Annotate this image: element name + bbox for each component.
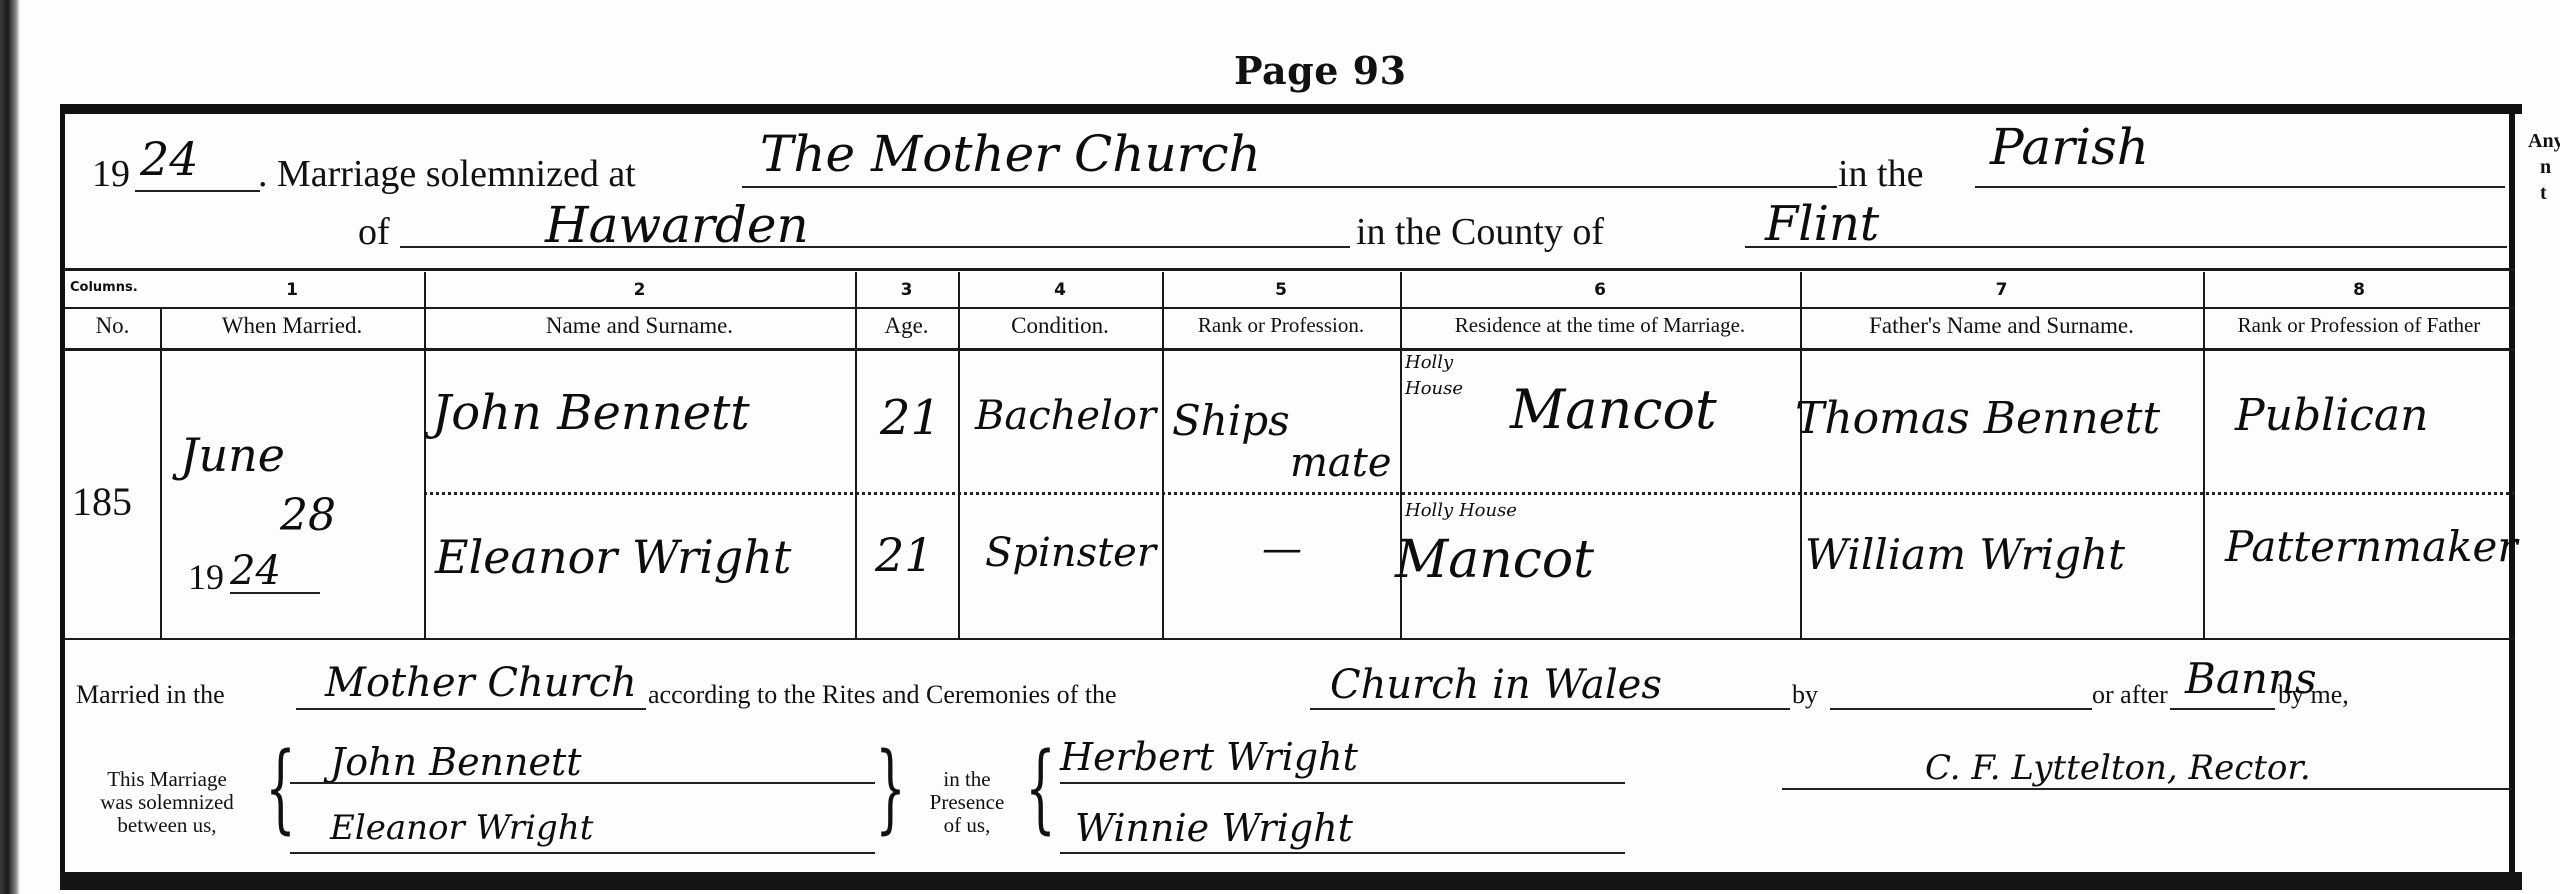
groom-residence: Mancot [1510, 378, 1717, 441]
witness-line [1060, 782, 1625, 784]
page-binding-edge [0, 0, 20, 894]
year-prefix: 19 [92, 152, 130, 196]
county-value: Flint [1765, 196, 1879, 252]
frame-top-rule [60, 104, 2522, 114]
groom-father-name: Thomas Bennett [1795, 393, 2160, 444]
header-age: Age. [855, 313, 958, 339]
of-label: of [358, 210, 390, 254]
witness-signature: Herbert Wright [1060, 735, 1358, 779]
groom-rank-line2: mate [1290, 440, 1392, 486]
or-after-label: or after [2092, 680, 2168, 710]
or-after-underline [2170, 708, 2275, 710]
left-brace-icon: { [1025, 740, 1056, 836]
column-number: 5 [1162, 280, 1400, 300]
margin-note-line: Any [2528, 128, 2560, 154]
rites-value: Church in Wales [1330, 662, 1662, 708]
header-condition: Condition. [958, 313, 1162, 339]
married-month: June [180, 428, 285, 482]
groom-age: 21 [880, 390, 941, 446]
county-underline [1745, 246, 2507, 248]
page-number: Page 93 [1234, 48, 1407, 93]
solemnized-label: . Marriage solemnized at [258, 152, 636, 196]
table-top-rule [65, 268, 2515, 271]
entry-divider [424, 492, 2515, 495]
header-name: Name and Surname. [424, 313, 855, 339]
bride-name: Eleanor Wright [435, 530, 791, 584]
bride-residence-house: Holly House [1405, 500, 1517, 521]
bride-age: 21 [875, 528, 934, 582]
header-when-married: When Married. [160, 313, 424, 339]
party-signature-bride: Eleanor Wright [330, 808, 593, 848]
by-label: by [1792, 680, 1818, 710]
bride-rank: — [1262, 526, 1302, 572]
groom-father-rank: Publican [2235, 390, 2428, 441]
rites-underline [1310, 708, 1790, 710]
place-value: The Mother Church [760, 125, 1261, 183]
column-number: 2 [424, 280, 855, 300]
place-underline [742, 186, 1837, 188]
district-type-underline [1975, 186, 2505, 188]
label-line: of us, [912, 814, 1022, 837]
groom-name: John Bennett [432, 385, 750, 441]
rites-label: according to the Rites and Ceremonies of… [648, 680, 1117, 710]
label-line: between us, [72, 814, 262, 837]
column-number: 7 [1800, 280, 2203, 300]
by-me-label: by me, [2278, 680, 2349, 710]
columns-label: Columns. [70, 280, 138, 295]
groom-rank-line1: Ships [1172, 396, 1290, 445]
married-in-label: Married in the [76, 680, 225, 710]
party-line [290, 782, 875, 784]
entry-number: 185 [72, 478, 132, 525]
married-day: 28 [280, 490, 336, 541]
column-number: 6 [1400, 280, 1800, 300]
column-number-rule [65, 307, 2515, 309]
header-father-name: Father's Name and Surname. [1800, 313, 2203, 339]
married-in-underline [296, 708, 646, 710]
margin-note: Any n t [2528, 128, 2560, 206]
header-father-rank: Rank or Profession of Father [2203, 313, 2515, 338]
bride-father-rank: Patternmaker [2225, 522, 2517, 571]
groom-residence-house-line2: House [1405, 378, 1463, 399]
bride-condition: Spinster [985, 530, 1156, 576]
frame-bottom-rule [60, 872, 2522, 890]
married-year-underline [230, 592, 320, 594]
label-line: in the [912, 768, 1022, 791]
margin-note-line: t [2528, 180, 2560, 206]
left-brace-icon: { [265, 740, 296, 836]
in-the-label: in the [1838, 152, 1923, 196]
margin-note-line: n [2528, 154, 2560, 180]
officiant-line [1782, 788, 2512, 790]
header-no: No. [65, 313, 160, 339]
header-rank: Rank or Profession. [1162, 313, 1400, 338]
bride-residence: Mancot [1395, 530, 1594, 590]
year-underline [135, 190, 260, 192]
officiant-signature: C. F. Lyttelton, Rector. [1925, 748, 2311, 788]
header-residence: Residence at the time of Marriage. [1400, 313, 1800, 338]
column-number: 4 [958, 280, 1162, 300]
groom-condition: Bachelor [975, 393, 1156, 439]
year-suffix: 24 [140, 132, 199, 186]
column-number: 8 [2203, 280, 2515, 300]
presence-label: in the Presence of us, [912, 768, 1022, 837]
witness-signature: Winnie Wright [1075, 806, 1353, 850]
label-line: was solemnized [72, 791, 262, 814]
parish-underline [400, 246, 1350, 248]
label-line: This Marriage [72, 768, 262, 791]
married-year-suffix: 24 [230, 548, 281, 594]
party-line [290, 852, 875, 854]
party-signature-groom: John Bennett [330, 740, 582, 784]
married-year-prefix: 19 [188, 556, 224, 598]
witness-line [1060, 852, 1625, 854]
header-bottom-rule [65, 348, 2515, 351]
col-divider [160, 307, 162, 638]
label-line: Presence [912, 791, 1022, 814]
column-number: 3 [855, 280, 958, 300]
table-bottom-rule [65, 638, 2515, 640]
county-label: in the County of [1356, 210, 1604, 254]
by-underline [1830, 708, 2092, 710]
column-number: 1 [160, 280, 424, 300]
solemnized-between-label: This Marriage was solemnized between us, [72, 768, 262, 837]
bride-father-name: William Wright [1805, 530, 2125, 579]
married-in-value: Mother Church [325, 660, 637, 706]
groom-residence-house-line1: Holly [1405, 352, 1453, 373]
right-brace-icon: } [875, 740, 906, 836]
district-type-value: Parish [1990, 118, 2149, 176]
